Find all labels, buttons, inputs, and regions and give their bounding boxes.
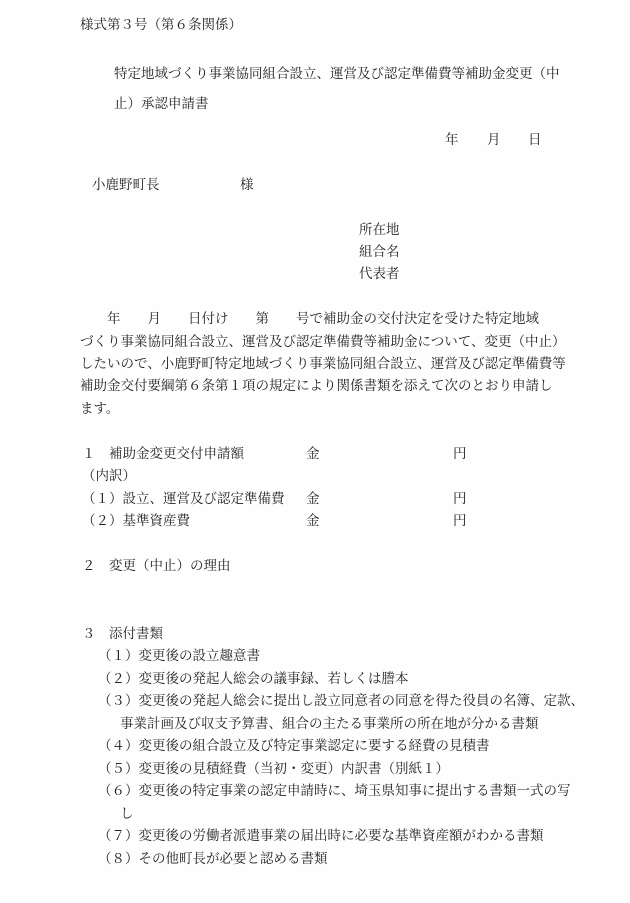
body-line-2: づくり事業協同組合設立、運営及び認定準備費等補助金について、変更（中止）	[80, 334, 565, 350]
document-title-line1: 特定地域づくり事業協同組合設立、運営及び認定準備費等補助金変更（中	[114, 66, 560, 82]
section3-heading: ３ 添付書類	[82, 626, 163, 642]
body-line-4: 補助金交付要綱第６条第１項の規定により関係書類を添えて次のとおり申請し	[80, 378, 553, 394]
breakdown-item-1-yen: 円	[453, 491, 467, 507]
body-line-1: 年 月 日付け 第 号で補助金の交付決定を受けた特定地域	[80, 311, 539, 327]
section2-heading: ２ 変更（中止）の理由	[82, 558, 231, 574]
attachment-item-8: （８）その他町長が必要と認める書類	[98, 851, 328, 867]
attachment-item-4: （４）変更後の組合設立及び特定事業認定に要する経費の見積書	[98, 738, 490, 754]
date-year: 年	[445, 132, 459, 148]
breakdown-item-1-kin: 金	[306, 491, 320, 507]
section1-yen: 円	[453, 446, 467, 462]
form-number: 様式第３号（第６条関係）	[80, 17, 242, 33]
breakdown-item-2-label: （２）基準資産費	[82, 513, 190, 529]
attachment-item-1: （１）変更後の設立趣意書	[98, 648, 260, 664]
body-line-5: ます。	[80, 401, 119, 417]
attachment-item-6-cont: し	[120, 806, 134, 822]
attachment-item-3-cont: 事業計画及び収支予算書、組合の主たる事業所の所在地が分かる書類	[120, 716, 539, 732]
attachment-item-2: （２）変更後の発起人総会の議事録、若しくは謄本	[98, 671, 409, 687]
location-label: 所在地	[359, 222, 400, 238]
body-line-3: したいので、小鹿野町特定地域づくり事業協同組合設立、運営及び認定準備費等	[80, 356, 566, 372]
date-day: 日	[528, 132, 542, 148]
section1-heading: １ 補助金変更交付申請額	[82, 446, 244, 462]
date-month: 月	[487, 132, 501, 148]
section1-kin: 金	[306, 446, 320, 462]
attachment-item-7: （７）変更後の労働者派遣事業の届出時に必要な基準資産額がわかる書類	[98, 828, 544, 844]
attachment-item-3: （３）変更後の発起人総会に提出し設立同意者の同意を得た役員の名簿、定款、	[98, 693, 584, 709]
union-name-label: 組合名	[359, 244, 400, 260]
representative-label: 代表者	[359, 266, 400, 282]
breakdown-item-2-yen: 円	[453, 513, 467, 529]
document-title-line2: 止）承認申請書	[114, 96, 209, 112]
breakdown-item-2-kin: 金	[306, 513, 320, 529]
breakdown-label: （内訳）	[82, 468, 136, 484]
addressee-name: 小鹿野町長	[92, 177, 160, 193]
attachment-item-6: （６）変更後の特定事業の認定申請時に、埼玉県知事に提出する書類一式の写	[98, 783, 571, 799]
attachment-item-5: （５）変更後の見積経費（当初・変更）内訳書（別紙１）	[98, 761, 449, 777]
breakdown-item-1-label: （１）設立、運営及び認定準備費	[82, 491, 285, 507]
addressee-honorific: 様	[240, 177, 254, 193]
